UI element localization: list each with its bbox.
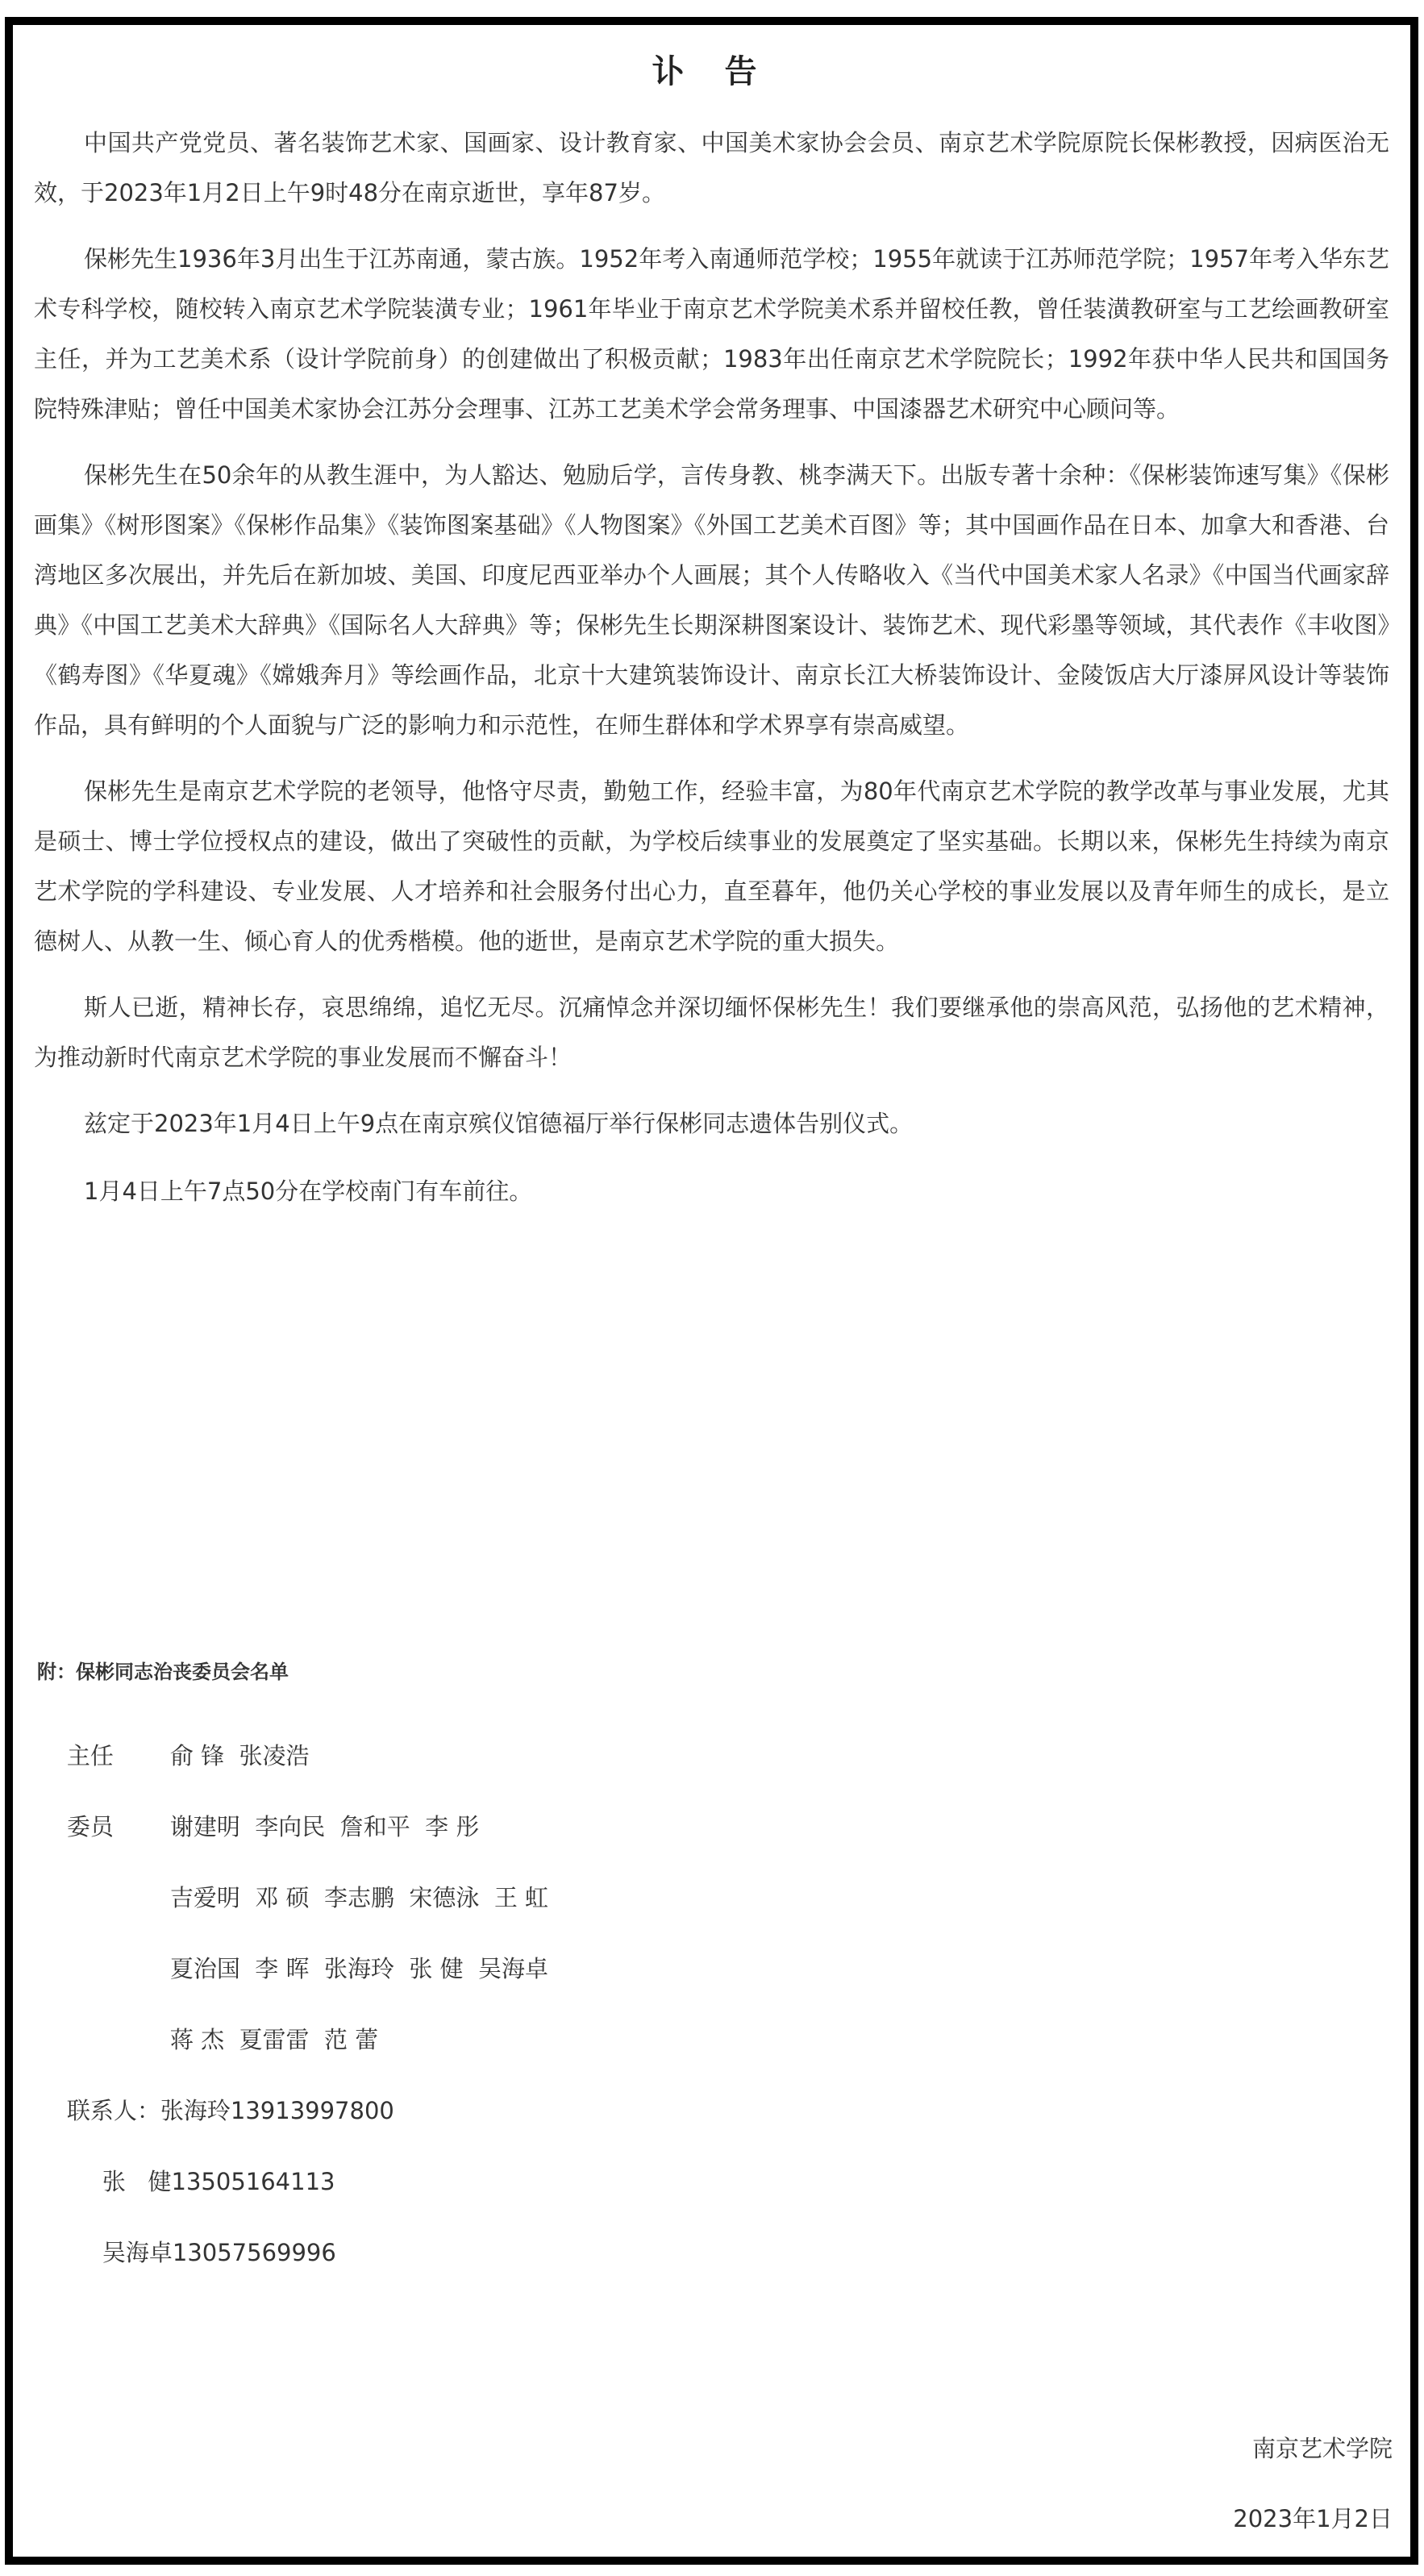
contact-entry: 吴海卓13057569996: [102, 2239, 336, 2266]
contact-row: 吴海卓13057569996: [73, 2207, 336, 2295]
paragraph-ceremony: 兹定于2023年1月4日上午9点在南京殡仪馆德福厅举行保彬同志遗体告别仪式。: [34, 1098, 1389, 1148]
member-names: 谢建明 李向民 詹和平 李 彤: [170, 1813, 480, 1840]
paragraph-tribute: 斯人已逝，精神长存，哀思绵绵，追忆无尽。沉痛悼念并深切缅怀保彬先生！我们要继承他…: [34, 982, 1389, 1082]
member-names: 蒋 杰 夏雷雷 范 蕾: [170, 2026, 378, 2053]
chair-names: 俞 锋 张凌浩: [170, 1742, 310, 1769]
paragraph-biography: 保彬先生1936年3月出生于江苏南通，蒙古族。1952年考入南通师范学校；195…: [34, 234, 1389, 434]
paragraph-leadership: 保彬先生是南京艺术学院的老领导，他恪守尽责，勤勉工作，经验丰富，为80年代南京艺…: [34, 766, 1389, 966]
document-title: 讣 告: [13, 46, 1410, 92]
signature-organization: 南京艺术学院: [1252, 2431, 1393, 2464]
document-frame: 讣 告 中国共产党党员、著名装饰艺术家、国画家、设计教育家、中国美术家协会会员、…: [5, 17, 1418, 2565]
member-names: 夏治国 李 晖 张海玲 张 健 吴海卓: [170, 1955, 548, 1982]
signature-date: 2023年1月2日: [1233, 2501, 1393, 2534]
member-names: 吉爱明 邓 硕 李志鹏 宋德泳 王 虹: [170, 1884, 548, 1911]
obituary-body: 中国共产党党员、著名装饰艺术家、国画家、设计教育家、中国美术家协会会员、南京艺术…: [34, 118, 1389, 1234]
paragraph-transport: 1月4日上午7点50分在学校南门有车前往。: [34, 1166, 1389, 1216]
contact-entry: 张 健13505164113: [102, 2168, 335, 2195]
paragraph-achievements: 保彬先生在50余年的从教生涯中，为人豁达、勉励后学，言传身教、桃李满天下。出版专…: [34, 450, 1389, 750]
contact-label: 联系人：: [67, 2097, 160, 2124]
chair-label: 主任: [67, 1738, 170, 1771]
members-label: 委员: [67, 1809, 170, 1842]
appendix-heading: 附：保彬同志治丧委员会名单: [37, 1656, 289, 1684]
paragraph-announcement: 中国共产党党员、著名装饰艺术家、国画家、设计教育家、中国美术家协会会员、南京艺术…: [34, 118, 1389, 218]
contact-entry: 张海玲13913997800: [160, 2097, 394, 2124]
